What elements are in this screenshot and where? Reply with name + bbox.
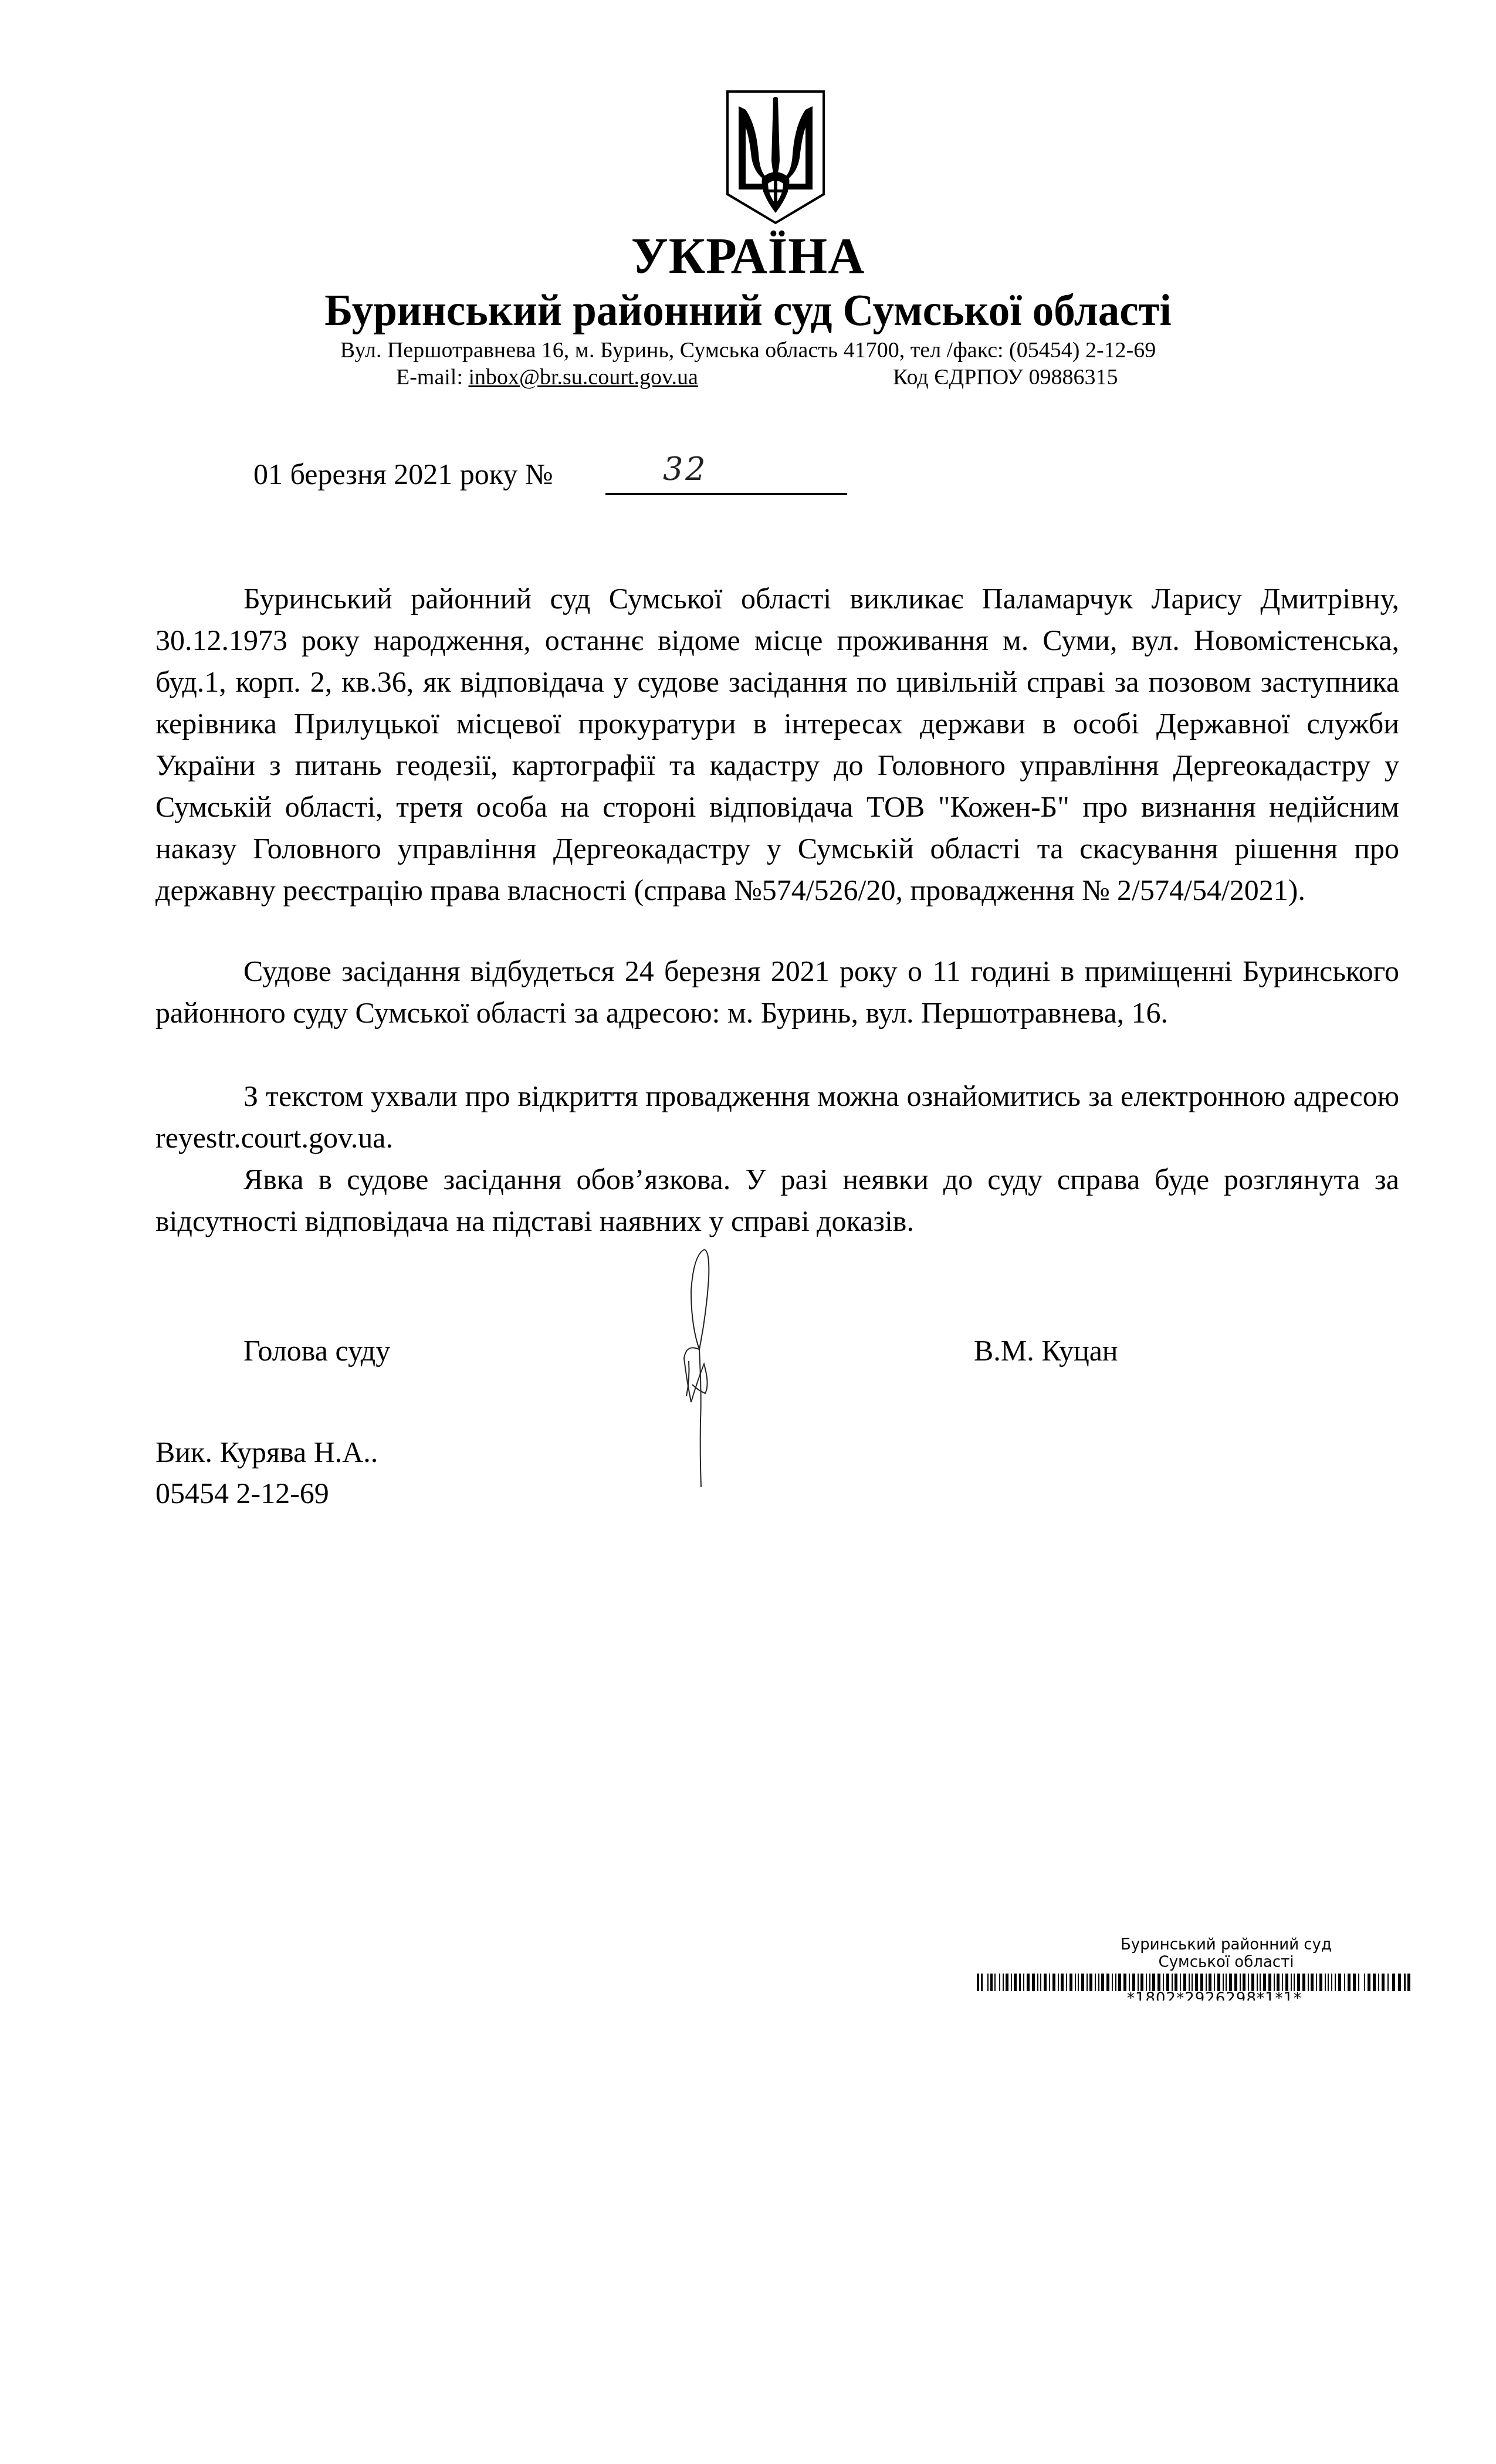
barcode-icon <box>977 1974 1411 1991</box>
body-paragraph: Буринський районний суд Сумської області… <box>155 578 1399 911</box>
edrpou-code: Код ЄДРПОУ 09886315 <box>893 364 1118 391</box>
stamp-line-2: Сумської області <box>997 1954 1455 1971</box>
signatory-title: Голова суду <box>243 1333 390 1368</box>
body-paragraph: Явка в судове засідання обов’язкова. У р… <box>155 1159 1399 1242</box>
country-title: УКРАЇНА <box>0 228 1496 284</box>
barcode-number: *1802*2926298*1*1* <box>986 1991 1443 2001</box>
email-label: E-mail: <box>396 365 463 390</box>
executor-block: Вик. Курява Н.А.. 05454 2-12-69 <box>155 1431 378 1514</box>
stamp-line-1: Буринський районний суд <box>997 1936 1455 1954</box>
signatory-name: В.М. Куцан <box>974 1333 1118 1368</box>
document-date: 01 березня 2021 року № <box>253 456 553 492</box>
paragraph-registry: З текстом ухвали про відкриття проваджен… <box>155 1075 1399 1159</box>
email-link[interactable]: inbox@br.su.court.gov.ua <box>468 365 698 390</box>
body-paragraph: Судове засідання відбудеться 24 березня … <box>155 950 1399 1034</box>
coat-of-arms-icon <box>726 90 825 225</box>
registry-stamp: Буринський районний суд Сумської області <box>962 1936 1420 2001</box>
executor-name: Вик. Курява Н.А.. <box>155 1431 378 1473</box>
paragraph-hearing-date: Судове засідання відбудеться 24 березня … <box>155 950 1399 1034</box>
document-number-handwritten: 32 <box>663 452 708 487</box>
court-address: Вул. Першотравнева 16, м. Буринь, Сумськ… <box>0 337 1496 364</box>
document-number-field <box>605 456 847 495</box>
handwritten-signature <box>663 1244 733 1490</box>
body-paragraph: З текстом ухвали про відкриття проваджен… <box>155 1075 1399 1159</box>
paragraph-summons: Буринський районний суд Сумської області… <box>155 578 1399 911</box>
court-name-heading: Буринський районний суд Сумської області <box>30 285 1466 336</box>
paragraph-attendance: Явка в судове засідання обов’язкова. У р… <box>155 1159 1399 1242</box>
court-email-line: E-mail: inbox@br.su.court.gov.ua <box>396 364 698 391</box>
executor-phone: 05454 2-12-69 <box>155 1473 378 1514</box>
